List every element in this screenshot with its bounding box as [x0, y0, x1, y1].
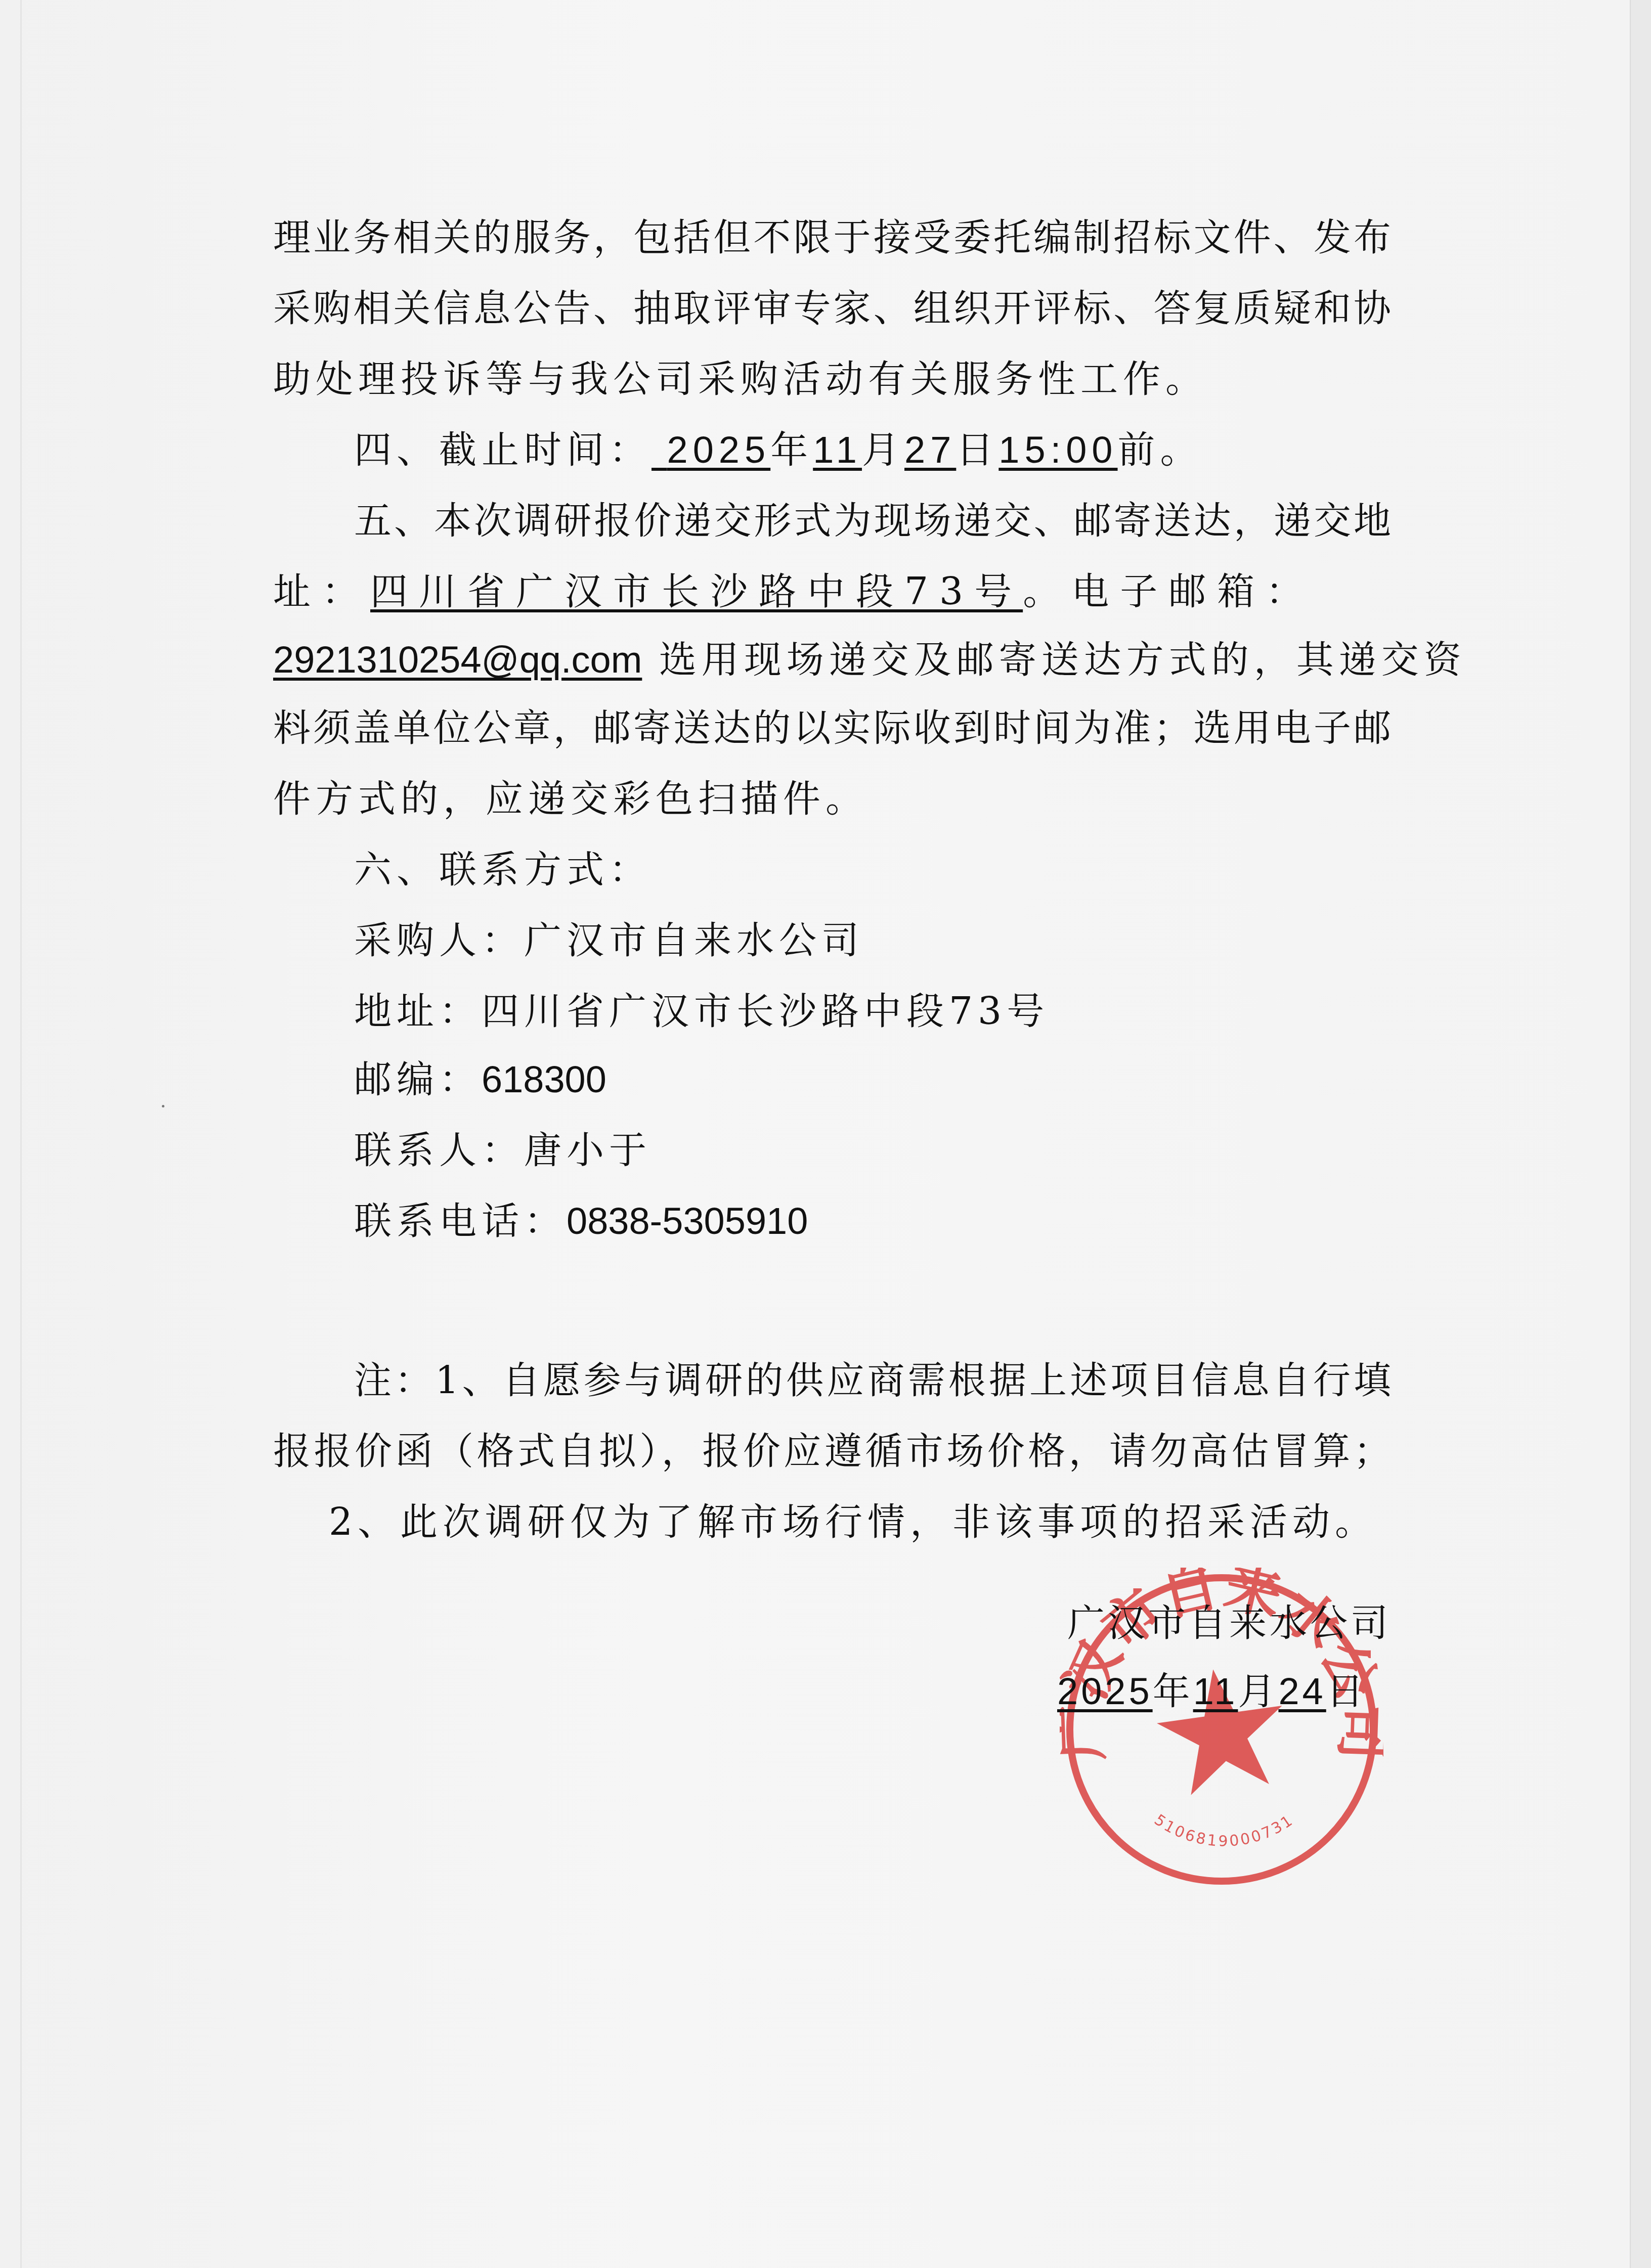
body-line: 助处理投诉等与我公司采购活动有关服务性工作。: [273, 354, 1391, 405]
deadline-suffix: 前。: [1118, 428, 1203, 472]
submission-email[interactable]: 2921310254@qq.com: [273, 639, 642, 681]
signature-date: 2025年11月24日: [1057, 1666, 1367, 1717]
body-line: 料须盖单位公章，邮寄送达的以实际收到时间为准；选用电子邮: [273, 703, 1391, 753]
deadline-year: 2025: [651, 429, 770, 471]
contact-heading: 六、联系方式：: [354, 844, 1391, 895]
sign-month: 11: [1193, 1670, 1238, 1712]
contact-phone: 联系电话：0838-5305910: [354, 1196, 1391, 1247]
submission-email-line: 2921310254@qq.com 选用现场递交及邮寄送达方式的，其递交资: [273, 635, 1391, 685]
svg-text:5106819000731: 5106819000731: [1151, 1811, 1297, 1850]
scan-edge: [20, 0, 22, 2268]
contact-person: 联系人：唐小于: [354, 1125, 1391, 1176]
address-value: 四川省广汉市长沙路中段73号: [482, 990, 1049, 1033]
body-line: 理业务相关的服务，包括但不限于接受委托编制招标文件、发布: [273, 212, 1391, 263]
person-value: 唐小于: [524, 1129, 651, 1172]
note-line: 注：1、自愿参与调研的供应商需根据上述项目信息自行填: [354, 1355, 1391, 1406]
phone-value: 0838-5305910: [567, 1200, 808, 1242]
deadline-day-unit: 日: [956, 428, 998, 472]
deadline-line: 四、截止时间： 2025年11月27日15:00前。: [354, 425, 1391, 475]
postcode-value: 618300: [482, 1058, 606, 1100]
deadline-month: 11: [813, 429, 862, 471]
purchaser-value: 广汉市自来水公司: [524, 919, 864, 962]
body-line: 件方式的，应递交彩色扫描件。: [273, 774, 1391, 824]
scan-speck: [162, 1105, 164, 1107]
person-label: 联系人：: [354, 1129, 524, 1172]
submission-line: 五、本次调研报价递交形式为现场递交、邮寄送达，递交地: [354, 496, 1391, 546]
sign-year-unit: 年: [1153, 1670, 1193, 1713]
note-line: 2、此次调研仅为了解市场行情，非该事项的招采活动。: [329, 1497, 1447, 1547]
deadline-day: 27: [904, 429, 956, 471]
deadline-time: 15:00: [998, 429, 1117, 471]
deadline-month-unit: 月: [862, 428, 904, 472]
note-line: 报报价函（格式自拟），报价应遵循市场价格，请勿高估冒算；: [273, 1426, 1391, 1477]
document-page: 理业务相关的服务，包括但不限于接受委托编制招标文件、发布 采购相关信息公告、抽取…: [0, 0, 1631, 2268]
body-line: 采购相关信息公告、抽取评审专家、组织开评标、答复质疑和协: [273, 283, 1391, 334]
address-prefix: 址：: [273, 570, 370, 613]
email-label: 。电子邮箱：: [1023, 570, 1314, 613]
contact-purchaser: 采购人：广汉市自来水公司: [354, 915, 1391, 966]
address-label: 地址：: [354, 990, 482, 1033]
sign-day-unit: 日: [1326, 1670, 1367, 1713]
submission-address: 四川省广汉市长沙路中段73号: [370, 570, 1023, 613]
contact-postcode: 邮编：618300: [354, 1054, 1391, 1105]
phone-label: 联系电话：: [354, 1199, 567, 1243]
signature-company: 广汉市自来水公司: [1067, 1598, 1391, 1649]
sign-year: 2025: [1057, 1670, 1153, 1712]
submission-text: 选用现场递交及邮寄送达方式的，其递交资: [659, 638, 1466, 682]
submission-address-line: 址：四川省广汉市长沙路中段73号。电子邮箱：: [273, 566, 1391, 617]
purchaser-label: 采购人：: [354, 919, 524, 962]
postcode-label: 邮编：: [354, 1058, 482, 1101]
sign-month-unit: 月: [1238, 1670, 1278, 1713]
contact-address: 地址：四川省广汉市长沙路中段73号: [354, 986, 1391, 1037]
deadline-label: 四、截止时间：: [354, 428, 651, 472]
sign-day: 24: [1278, 1670, 1326, 1712]
deadline-year-unit: 年: [770, 428, 813, 472]
